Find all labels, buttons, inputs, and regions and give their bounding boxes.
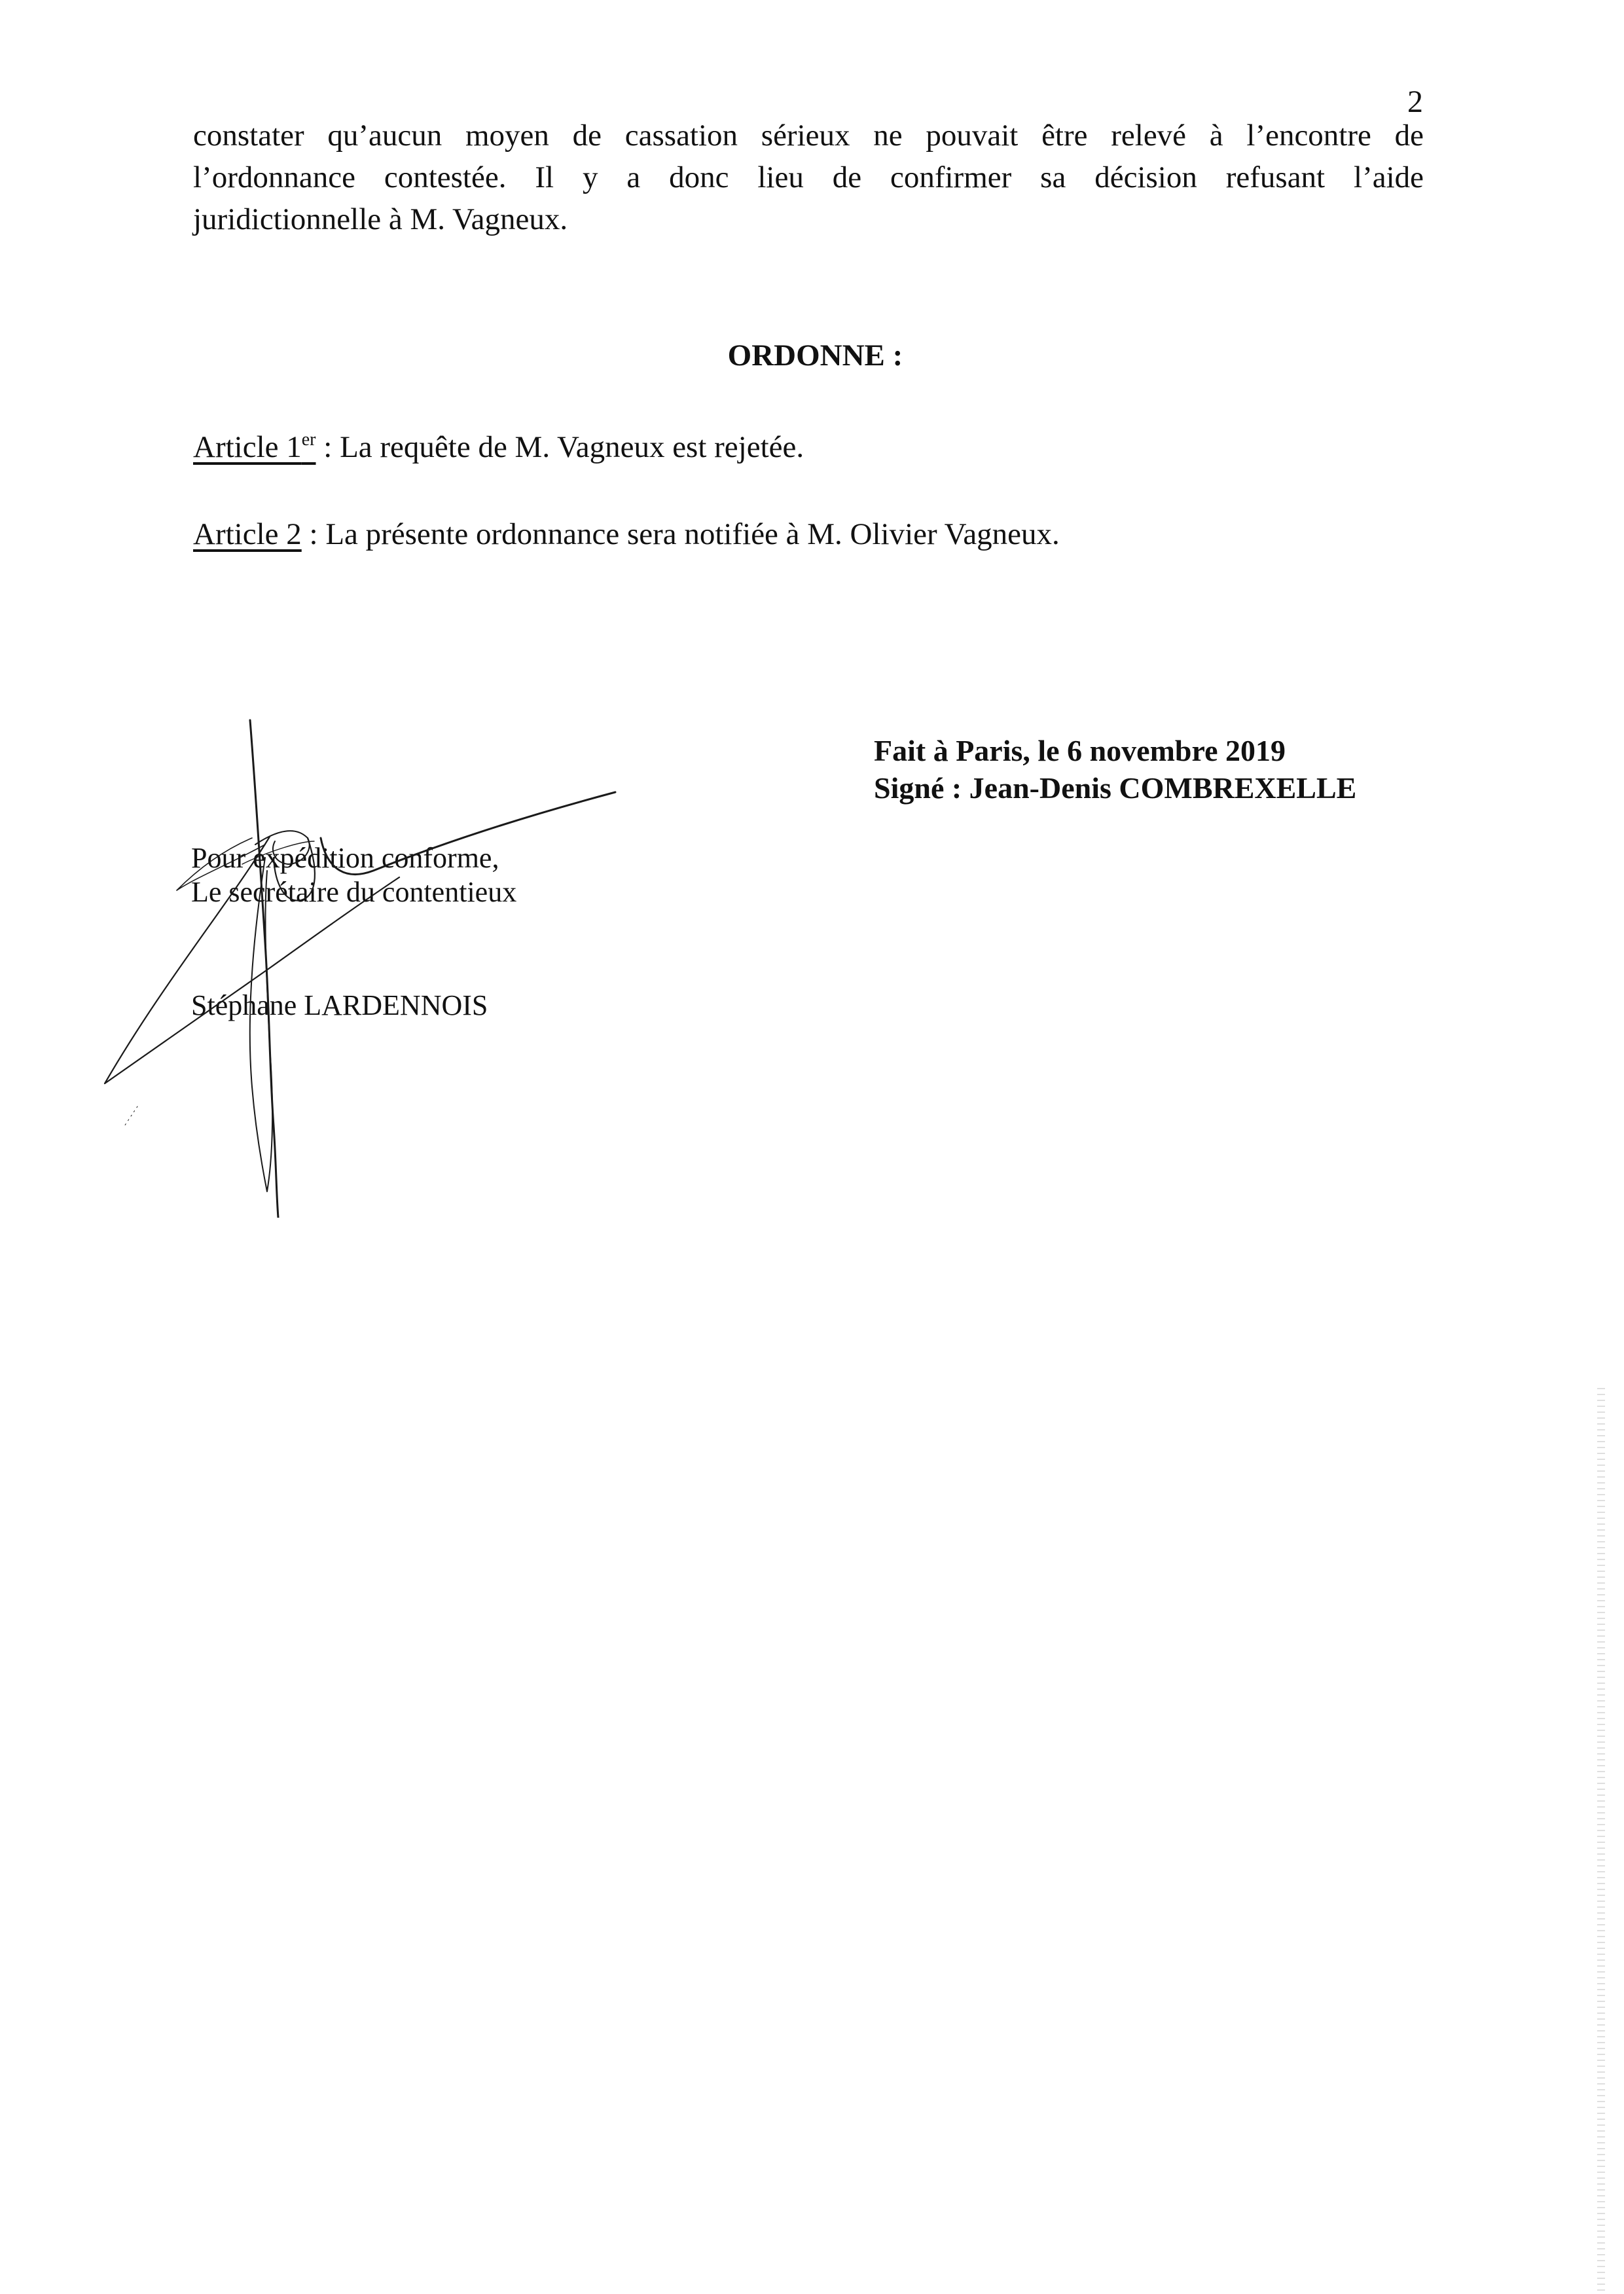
body-line: constater qu’aucun moyen de cassation sé… [193, 115, 1424, 156]
signed-block: Fait à Paris, le 6 novembre 2019 Signé :… [874, 732, 1356, 807]
scan-edge-artifact [1597, 1388, 1605, 2291]
signatory: Signé : Jean-Denis COMBREXELLE [874, 769, 1356, 807]
article-1-label-sup: er [302, 429, 316, 450]
certified-copy-line2: Le secrétaire du contentieux [191, 875, 516, 909]
article-1-text: La requête de M. Vagneux est rejetée. [340, 430, 804, 464]
body-paragraph: constater qu’aucun moyen de cassation sé… [193, 115, 1424, 240]
article-2-separator: : [302, 517, 326, 551]
article-2: Article 2 : La présente ordonnance sera … [193, 519, 1060, 550]
certified-copy-line1: Pour expédition conforme, [191, 841, 516, 875]
article-1-separator: : [316, 430, 340, 464]
secretary-name: Stéphane LARDENNOIS [191, 989, 488, 1023]
article-1-label: Article 1er [193, 430, 316, 464]
ordonne-heading: ORDONNE : [0, 340, 1624, 371]
article-1-label-text: Article 1 [193, 430, 302, 464]
certified-copy-block: Pour expédition conforme, Le secrétaire … [191, 841, 516, 909]
handwritten-signature-icon [98, 707, 720, 1218]
article-2-label: Article 2 [193, 517, 302, 551]
article-1: Article 1er : La requête de M. Vagneux e… [193, 432, 804, 463]
body-line: l’ordonnance contestée. Il y a donc lieu… [193, 156, 1424, 198]
article-2-text: La présente ordonnance sera notifiée à M… [325, 517, 1059, 551]
body-line: juridictionnelle à M. Vagneux. [193, 198, 1424, 240]
page-number: 2 [1407, 86, 1423, 118]
place-date: Fait à Paris, le 6 novembre 2019 [874, 732, 1356, 769]
